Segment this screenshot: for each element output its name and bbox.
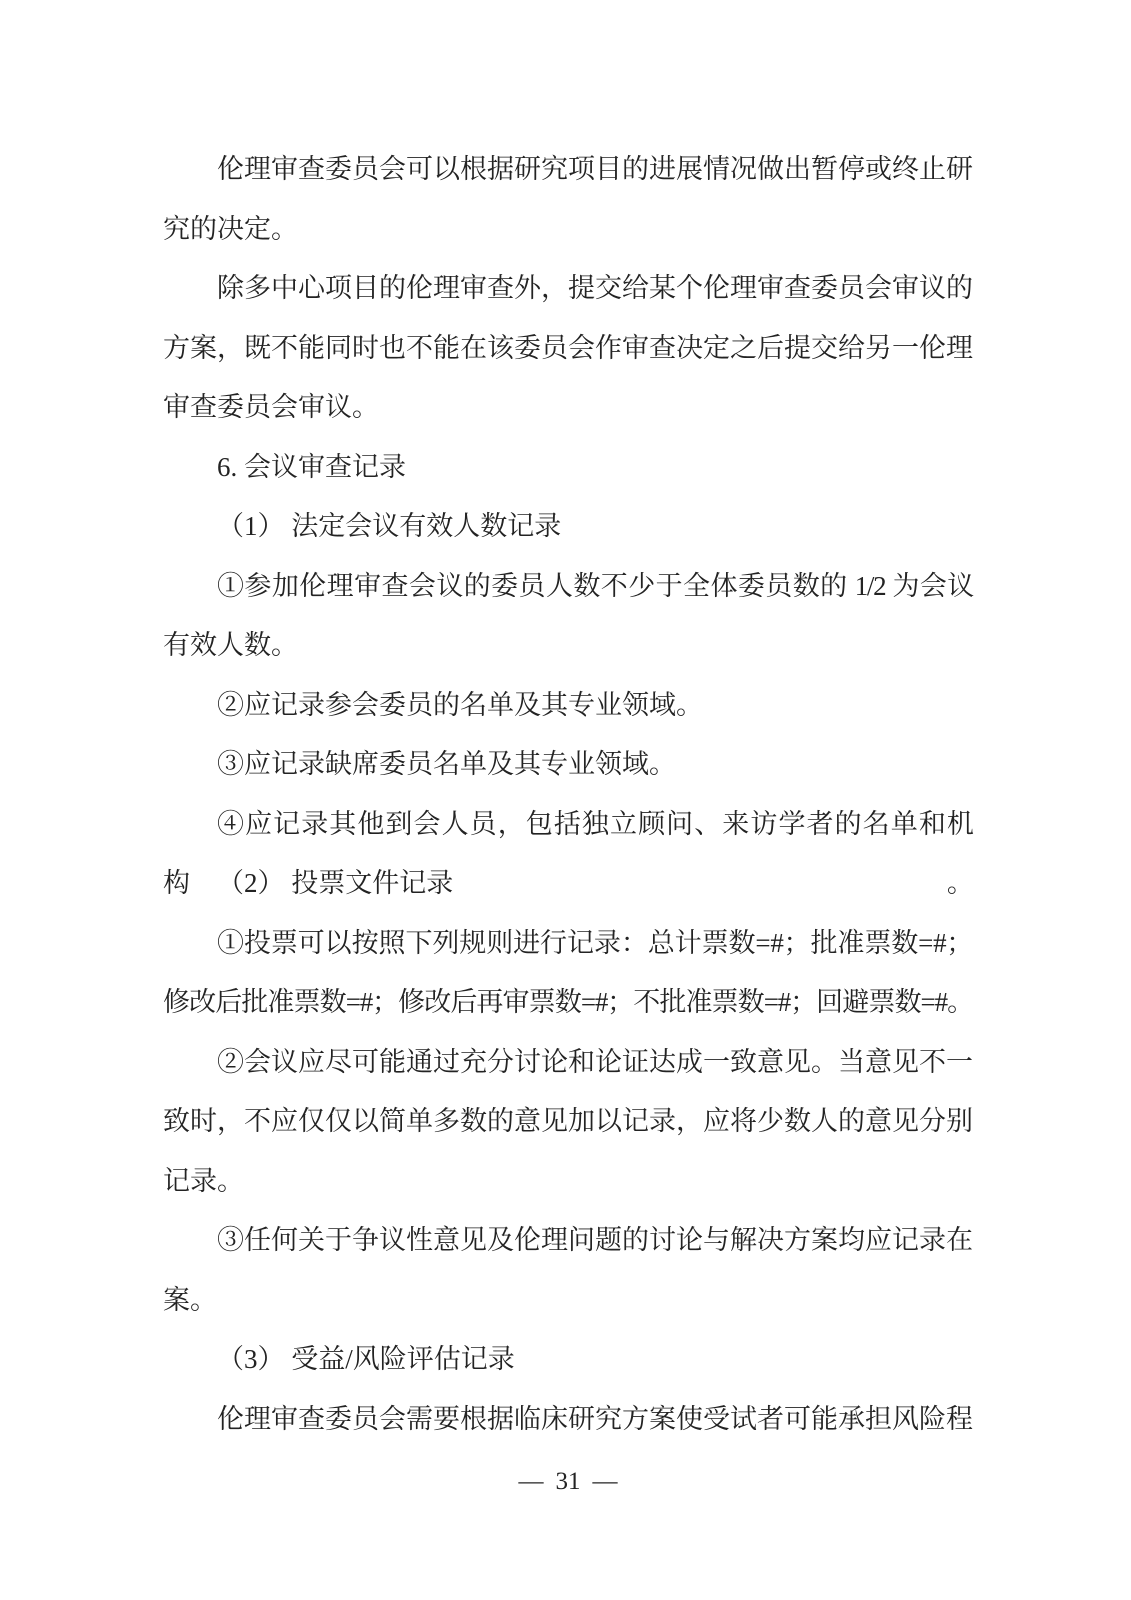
section-heading: （1） 法定会议有效人数记录 (163, 497, 973, 557)
body-paragraph: ②应记录参会委员的名单及其专业领域。 (163, 676, 973, 736)
document-body: 伦理审查委员会可以根据研究项目的进展情况做出暂停或终止研究的决定。除多中心项目的… (163, 140, 973, 1449)
text-line: ①参加伦理审查会议的委员人数不少于全体委员数的 1/2 为会议 (163, 557, 973, 617)
section-heading: （3） 受益/风险评估记录 (163, 1330, 973, 1390)
body-paragraph: ④应记录其他到会人员，包括独立顾问、来访学者的名单和机构。 (163, 795, 973, 855)
text-line: （3） 受益/风险评估记录 (163, 1330, 973, 1390)
text-line: ②会议应尽可能通过充分讨论和论证达成一致意见。当意见不一 (163, 1033, 973, 1093)
footer-dash-right: — (593, 1468, 618, 1495)
body-paragraph: 除多中心项目的伦理审查外，提交给某个伦理审查委员会审议的方案，既不能同时也不能在… (163, 259, 973, 438)
text-line: 究的决定。 (163, 200, 973, 260)
section-heading: 6. 会议审查记录 (163, 438, 973, 498)
text-line: 方案，既不能同时也不能在该委员会作审查决定之后提交给另一伦理 (163, 319, 973, 379)
text-line: 记录。 (163, 1152, 973, 1212)
text-line: 除多中心项目的伦理审查外，提交给某个伦理审查委员会审议的 (163, 259, 973, 319)
text-line: 有效人数。 (163, 616, 973, 676)
text-line: 审查委员会审议。 (163, 378, 973, 438)
footer-dash-left: — (519, 1468, 544, 1495)
body-paragraph: ③任何关于争议性意见及伦理问题的讨论与解决方案均应记录在案。 (163, 1211, 973, 1330)
page-number: 31 (556, 1468, 581, 1495)
text-line: 伦理审查委员会可以根据研究项目的进展情况做出暂停或终止研 (163, 140, 973, 200)
text-line: 修改后批准票数=#；修改后再审票数=#；不批准票数=#；回避票数=#。 (163, 973, 973, 1033)
text-line: ③应记录缺席委员名单及其专业领域。 (163, 735, 973, 795)
text-line: ④应记录其他到会人员，包括独立顾问、来访学者的名单和机构。 (163, 795, 973, 855)
text-line: （1） 法定会议有效人数记录 (163, 497, 973, 557)
body-paragraph: 伦理审查委员会可以根据研究项目的进展情况做出暂停或终止研究的决定。 (163, 140, 973, 259)
body-paragraph: ①投票可以按照下列规则进行记录：总计票数=#；批准票数=#；修改后批准票数=#；… (163, 914, 973, 1033)
text-line: 6. 会议审查记录 (163, 438, 973, 498)
text-line: ③任何关于争议性意见及伦理问题的讨论与解决方案均应记录在 (163, 1211, 973, 1271)
page-footer: —31— (163, 1466, 973, 1498)
text-line: 伦理审查委员会需要根据临床研究方案使受试者可能承担风险程 (163, 1390, 973, 1450)
body-paragraph: ③应记录缺席委员名单及其专业领域。 (163, 735, 973, 795)
document-page: 伦理审查委员会可以根据研究项目的进展情况做出暂停或终止研究的决定。除多中心项目的… (0, 0, 1131, 1600)
text-line: 致时，不应仅仅以简单多数的意见加以记录，应将少数人的意见分别 (163, 1092, 973, 1152)
body-paragraph: ②会议应尽可能通过充分讨论和论证达成一致意见。当意见不一致时，不应仅仅以简单多数… (163, 1033, 973, 1212)
text-line: ①投票可以按照下列规则进行记录：总计票数=#；批准票数=#； (163, 914, 973, 974)
body-paragraph: 伦理审查委员会需要根据临床研究方案使受试者可能承担风险程 (163, 1390, 973, 1450)
body-paragraph: ①参加伦理审查会议的委员人数不少于全体委员数的 1/2 为会议有效人数。 (163, 557, 973, 676)
text-line: 案。 (163, 1271, 973, 1331)
text-line: ②应记录参会委员的名单及其专业领域。 (163, 676, 973, 736)
